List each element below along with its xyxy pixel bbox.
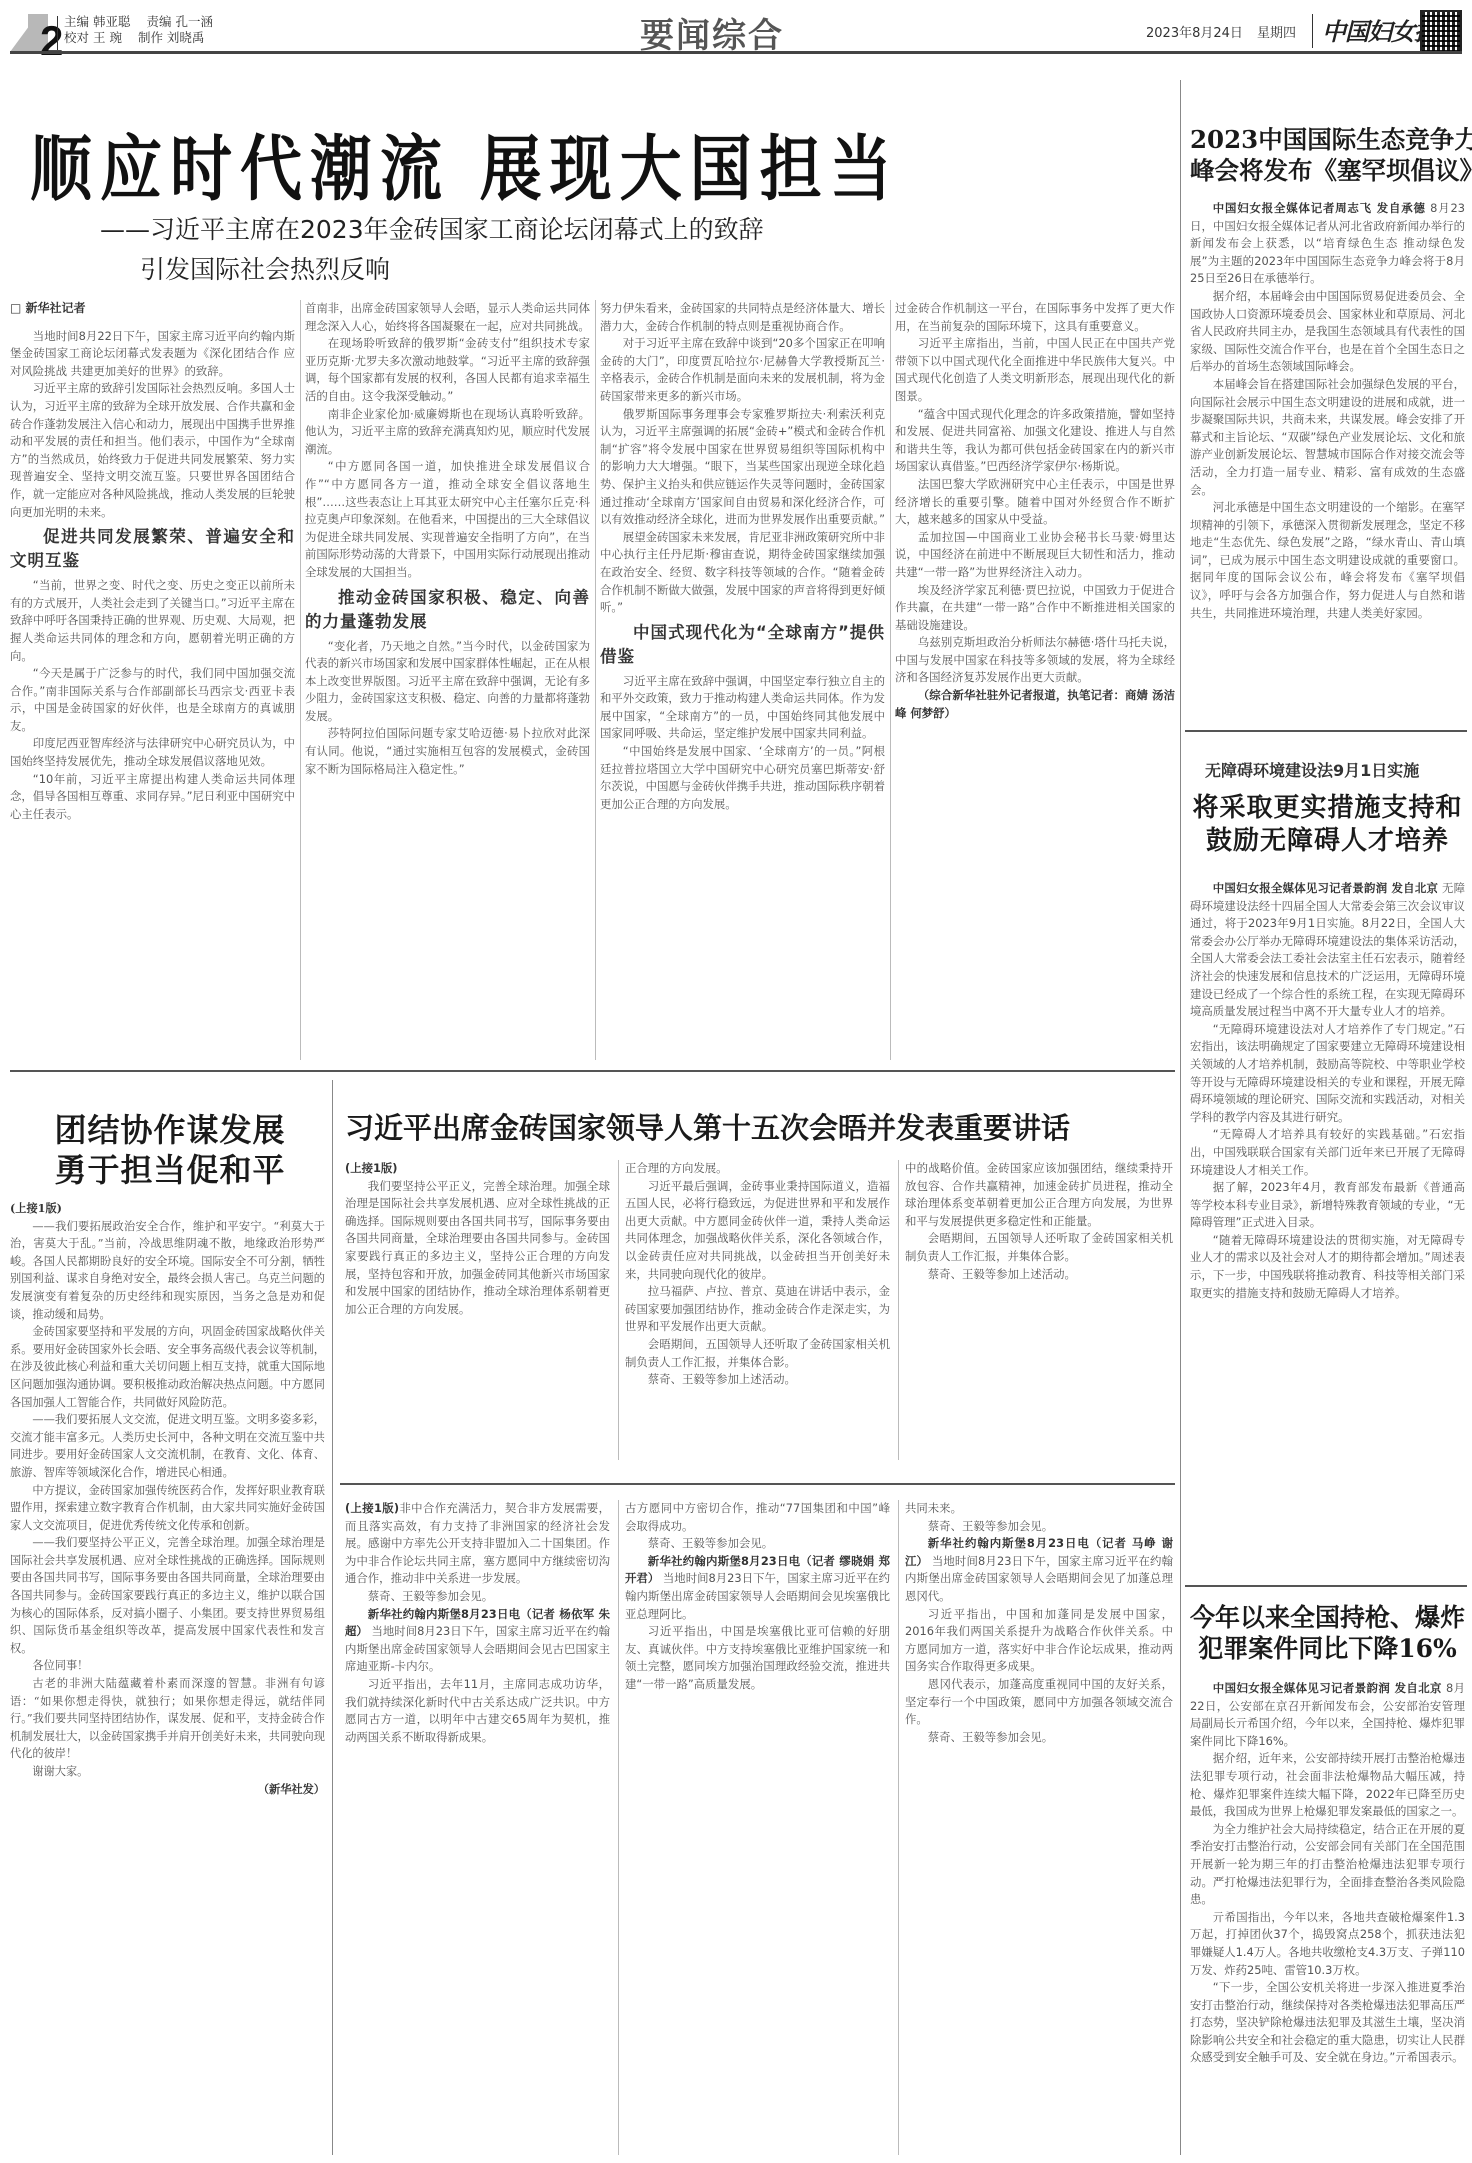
column-rule (890, 300, 891, 1060)
headline-line: 犯罪案件同比下降16% (1190, 1633, 1465, 1664)
weekday: 星期四 (1257, 26, 1296, 41)
paragraph: 蔡奇、王毅等参加会见。 (905, 1518, 1173, 1536)
paragraph: 谢谢大家。 (10, 1763, 325, 1781)
column-rule (300, 300, 301, 1060)
section-rule (1185, 730, 1467, 732)
summit-headline: 习近平出席金砖国家领导人第十五次会晤并发表重要讲话 (345, 1110, 1170, 1146)
paragraph: 会晤期间，五国领导人还听取了金砖国家相关机制负责人工作汇报，并集体合影。 (625, 1336, 890, 1371)
qr-code-icon[interactable] (1420, 10, 1462, 54)
summit-column-3: 中的战略价值。金砖国家应该加强团结，继续秉持开放包容、合作共赢精神，加速金砖扩员… (905, 1160, 1173, 1460)
paragraph: “蕴含中国式现代化理念的许多政策措施，譬如坚持和发展、促进共同富裕、加强文化建设… (895, 406, 1175, 476)
paragraph: “下一步，全国公安机关将进一步深入推进夏季治安打击整治行动，继续保持对各类枪爆违… (1190, 1979, 1465, 2067)
paragraph-text: 当地时间8月23日下午，国家主席习近平在约翰内斯堡出席金砖国家领导人会晤期间会见… (905, 1554, 1173, 1603)
column-rule (332, 1080, 333, 2155)
subheading: 中国式现代化为“全球南方”提供借鉴 (600, 621, 885, 669)
masthead: 2 主编 韩亚聪责编 孔一涵 校对 王 琬制作 刘晓禹 要闻综合 2023年8月… (0, 0, 1472, 56)
paragraph: 各位同事！ (10, 1657, 325, 1675)
paragraph: 法国巴黎大学欧洲研究中心主任表示，中国是世界经济增长的重要引擎。随着中国对外经贸… (895, 476, 1175, 529)
paragraph-text: 当地时间8月23日下午，国家主席习近平在约翰内斯堡出席金砖国家领导人会晤期间会见… (345, 1624, 610, 1673)
paragraph: 蔡奇、王毅等参加会见。 (625, 1535, 890, 1553)
paragraph: “随着无障碍环境建设法的贯彻实施，对无障碍专业人才的需求以及社会对人才的期待都会… (1190, 1232, 1465, 1302)
paragraph: 新华社约翰内斯堡8月23日电（记者 杨依军 朱超） 当地时间8月23日下午，国家… (345, 1606, 610, 1676)
byline: □ 新华社记者 (10, 300, 295, 318)
paragraph: 中的战略价值。金砖国家应该加强团结，继续秉持开放包容、合作共赢精神，加速金砖扩员… (905, 1160, 1173, 1230)
sidebar-bottom-body: 中国妇女报全媒体见习记者景韵润 发自北京 8月22日，公安部在京召开新闻发布会，… (1190, 1680, 1465, 2155)
speech-headline: 团结协作谋发展 勇于担当促和平 (20, 1110, 320, 1190)
paragraph: 古老的非洲大陆蕴藏着朴素而深邃的智慧。非洲有句谚语：“如果你想走得快，就独行；如… (10, 1675, 325, 1763)
column-rule (898, 1160, 899, 1460)
paragraph: 过金砖合作机制这一平台，在国际事务中发挥了更大作用，在当前复杂的国际环境下，这具… (895, 300, 1175, 335)
paragraph: 习近平主席指出，当前，中国人民正在中国共产党带领下以中国式现代化全面推进中华民族… (895, 335, 1175, 405)
paragraph: “无障碍人才培养具有较好的实践基础。”石宏指出，中国残联联合国家有关部门近年来已… (1190, 1126, 1465, 1179)
paragraph: 首南非，出席金砖国家领导人会晤，显示人类命运共同体理念深入人心，始终将各国凝聚在… (305, 300, 590, 335)
lead-headline: 顺应时代潮流 展现大国担当 (30, 112, 900, 214)
paragraph: 恩冈代表示，加蓬高度重视同中国的友好关系，坚定奉行一个中国政策，愿同中方加强各领… (905, 1676, 1173, 1729)
lead-subheadline-2: 引发国际社会热烈反响 (140, 250, 390, 286)
lead-credit: 中国妇女报全媒体见习记者景韵润 发自北京 (1213, 881, 1438, 895)
lead-story-column-3: 努力伊朱看来，金砖国家的共同特点是经济体量大、增长潜力大，金砖合作机制的特点则是… (600, 300, 885, 1060)
paragraph: 金砖国家要坚持和平发展的方向，巩固金砖国家战略伙伴关系。要用好金砖国家外长会晤、… (10, 1323, 325, 1411)
source-credit: （新华社发） (10, 1781, 325, 1799)
paragraph: 习近平主席的致辞引发国际社会热烈反响。多国人士认为，习近平主席的致辞为全球开放发… (10, 380, 295, 521)
lead-subheadline: ——习近平主席在2023年金砖国家工商论坛闭幕式上的致辞 (100, 210, 764, 246)
paragraph: 印度尼西亚智库经济与法律研究中心研究员认为，中国始终坚持发展优先，推动全球发展倡… (10, 735, 295, 770)
paragraph: 蔡奇、王毅等参加会见。 (345, 1588, 610, 1606)
credit-note: （综合新华社驻外记者报道，执笔记者：商婧 汤洁峰 何梦舒） (895, 687, 1175, 722)
meetings-column-1: (上接1版)非中合作充满活力，契合非方发展需要，而且落实高效，有力支持了非洲国家… (345, 1500, 610, 2155)
section-rule (340, 1483, 1175, 1485)
section-rule (10, 1070, 1175, 1072)
meetings-column-3: 共同未来。 蔡奇、王毅等参加会见。 新华社约翰内斯堡8月23日电（记者 马峥 谢… (905, 1500, 1173, 2155)
paragraph: “中国始终是发展中国家、‘全球南方’的一员。”阿根廷拉普拉塔国立大学中国研究中心… (600, 743, 885, 813)
continued-note: (上接1版) (10, 1200, 325, 1218)
paragraph: 据介绍，近年来，公安部持续开展打击整治枪爆违法犯罪专项行动，社会面非法枪爆物品大… (1190, 1750, 1465, 1820)
divider (57, 16, 58, 50)
paragraph: 共同未来。 (905, 1500, 1173, 1518)
paragraph: 据了解，2023年4月，教育部发布最新《普通高等学校本科专业目录》，新增特殊教育… (1190, 1179, 1465, 1232)
editor-credits: 主编 韩亚聪责编 孔一涵 校对 王 琬制作 刘晓禹 (64, 14, 229, 46)
sidebar-top-headline: 2023中国国际生态竞争力 峰会将发布《塞罕坝倡议》 (1190, 125, 1465, 186)
date: 2023年8月24日 (1146, 26, 1243, 41)
section-rule (1185, 1585, 1467, 1587)
paragraph-text: 当地时间8月23日下午，国家主席习近平在约翰内斯堡出席金砖国家领导人会晤期间会见… (625, 1571, 890, 1620)
issue-date: 2023年8月24日 星期四 (1146, 22, 1306, 41)
sidebar-top-body: 中国妇女报全媒体记者周志飞 发自承德 8月23日，中国妇女报全媒体记者从河北省政… (1190, 200, 1465, 715)
meetings-column-2: 古方愿同中方密切合作，推动“77国集团和中国”峰会取得成功。 蔡奇、王毅等参加会… (625, 1500, 890, 2155)
subheading: 促进共同发展繁荣、普遍安全和文明互鉴 (10, 525, 295, 573)
paragraph: 拉马福萨、卢拉、普京、莫迪在讲话中表示，金砖国家要加强团结协作，推动金砖合作走深… (625, 1283, 890, 1336)
proofreader: 校对 王 琬 (64, 30, 122, 45)
lead-credit: 中国妇女报全媒体记者周志飞 发自承德 (1213, 201, 1426, 215)
lead-story-column-1: □ 新华社记者 当地时间8月22日下午，国家主席习近平向约翰内斯堡金砖国家工商论… (10, 300, 295, 1060)
paragraph: 乌兹别克斯坦政治分析师法尔赫德·塔什马托夫说，中国与发展中国家在科技等多领域的发… (895, 634, 1175, 687)
paragraph: 对于习近平主席在致辞中谈到“20多个国家正在叩响金砖的大门”，印度贾瓦哈拉尔·尼… (600, 335, 885, 405)
headline-line: 团结协作谋发展 (20, 1110, 320, 1150)
page-number-badge: 2 (10, 14, 70, 52)
paragraph: (上接1版)非中合作充满活力，契合非方发展需要，而且落实高效，有力支持了非洲国家… (345, 1500, 610, 1588)
paragraph: 中方提议，金砖国家加强传统医药合作，发挥好职业教育联盟作用，探索建立数字教育合作… (10, 1482, 325, 1535)
paragraph: 古方愿同中方密切合作，推动“77国集团和中国”峰会取得成功。 (625, 1500, 890, 1535)
column-rule (595, 300, 596, 1060)
paragraph: “10年前，习近平主席提出构建人类命运共同体理念，倡导各国相互尊重、求同存异。”… (10, 771, 295, 824)
summit-column-2: 正合理的方向发展。 习近平最后强调，金砖事业秉持国际道义，造福五国人民，必将行稳… (625, 1160, 890, 1460)
paragraph: “中方愿同各国一道，加快推进全球发展倡议合作”“中方愿同各方一道，推动全球安全倡… (305, 458, 590, 581)
section-title: 要闻综合 (640, 8, 784, 57)
sidebar-mid-body: 中国妇女报全媒体见习记者景韵润 发自北京 无障碍环境建设法经十四届全国人大常委会… (1190, 880, 1465, 1570)
lead-credit: 中国妇女报全媒体见习记者景韵润 发自北京 (1213, 1681, 1442, 1695)
paragraph: 中国妇女报全媒体记者周志飞 发自承德 8月23日，中国妇女报全媒体记者从河北省政… (1190, 200, 1465, 288)
headline-line: 将采取更实措施支持和 (1190, 792, 1465, 825)
headline-line: 2023中国国际生态竞争力 (1190, 125, 1465, 156)
paragraph-text: 无障碍环境建设法经十四届全国人大常委会第三次会议审议通过，将于2023年9月1日… (1190, 881, 1465, 1018)
headline-line: 鼓励无障碍人才培养 (1190, 825, 1465, 858)
paragraph: ——我们要坚持公平正义，完善全球治理。加强全球治理是国际社会共享发展机遇、应对全… (10, 1534, 325, 1657)
column-rule (618, 1500, 619, 2155)
paragraph: ——我们要拓展人文交流，促进文明互鉴。文明多姿多彩，交流才能丰富多元。人类历史长… (10, 1411, 325, 1481)
paragraph: 孟加拉国—中国商业工业协会秘书长马蒙·姆里达说，中国经济在前进中不断展现巨大韧性… (895, 529, 1175, 582)
paragraph: 莎特阿拉伯国际问题专家艾哈迈德·易卜拉欣对此深有认同。他说，“通过实施相互包容的… (305, 725, 590, 778)
paragraph: 中国妇女报全媒体见习记者景韵润 发自北京 8月22日，公安部在京召开新闻发布会，… (1190, 1680, 1465, 1750)
paragraph: 埃及经济学家瓦利德·贾巴拉说，中国致力于促进合作共赢，在共建“一带一路”合作中不… (895, 582, 1175, 635)
paragraph: 习近平主席在致辞中强调，中国坚定奉行独立自主的和平外交政策，致力于推动构建人类命… (600, 673, 885, 743)
sidebar-mid-headline: 将采取更实措施支持和 鼓励无障碍人才培养 (1190, 792, 1465, 857)
sidebar-mid-kicker: 无障碍环境建设法9月1日实施 (1205, 758, 1419, 781)
paragraph: 展望金砖国家未来发展，肯尼亚非洲政策研究所中非中心执行主任丹尼斯·穆宙查说，期待… (600, 529, 885, 617)
paragraph: 努力伊朱看来，金砖国家的共同特点是经济体量大、增长潜力大，金砖合作机制的特点则是… (600, 300, 885, 335)
masthead-rule (10, 51, 1462, 54)
paragraph: 南非企业家伦加·威廉姆斯也在现场认真聆听致辞。他认为，习近平主席的致辞充满真知灼… (305, 406, 590, 459)
paragraph: “无障碍环境建设法对人才培养作了专门规定。”石宏指出，该法明确规定了国家要建立无… (1190, 1021, 1465, 1127)
paragraph: 新华社约翰内斯堡8月23日电（记者 马峥 谢江） 当地时间8月23日下午，国家主… (905, 1535, 1173, 1605)
paragraph: ——我们要拓展政治安全合作，维护和平安宁。“利莫大于治，害莫大于乱。”当前，冷战… (10, 1218, 325, 1324)
paragraph: 我们要坚持公平正义，完善全球治理。加强全球治理是国际社会共享发展机遇、应对全球性… (345, 1178, 610, 1319)
paragraph: 蔡奇、王毅等参加上述活动。 (905, 1266, 1173, 1284)
paragraph: 为全力维护社会大局持续稳定，结合正在开展的夏季治安打击整治行动，公安部会同有关部… (1190, 1821, 1465, 1909)
divider (1312, 14, 1313, 48)
sidebar-bottom-headline: 今年以来全国持枪、爆炸 犯罪案件同比下降16% (1190, 1602, 1465, 1665)
paragraph: 习近平指出，去年11月，主席同志成功访华，我们就持续深化新时代中古关系达成广泛共… (345, 1676, 610, 1746)
paragraph: “变化者，乃天地之自然。”当今时代，以金砖国家为代表的新兴市场国家和发展中国家群… (305, 638, 590, 726)
paragraph: 当地时间8月22日下午，国家主席习近平向约翰内斯堡金砖国家工商论坛闭幕式发表题为… (10, 328, 295, 381)
continued-note: (上接1版) (345, 1160, 610, 1178)
producer: 制作 刘晓禹 (138, 30, 204, 45)
paragraph: 蔡奇、王毅等参加会见。 (905, 1729, 1173, 1747)
paragraph: 中国妇女报全媒体见习记者景韵润 发自北京 无障碍环境建设法经十四届全国人大常委会… (1190, 880, 1465, 1021)
paragraph: 据介绍，本届峰会由中国国际贸易促进委员会、全国政协人口资源环境委员会、国家林业和… (1190, 288, 1465, 376)
subheading: 推动金砖国家积极、稳定、向善的力量蓬勃发展 (305, 586, 590, 634)
lead-story-column-4: 过金砖合作机制这一平台，在国际事务中发挥了更大作用，在当前复杂的国际环境下，这具… (895, 300, 1175, 1060)
paragraph: 习近平最后强调，金砖事业秉持国际道义，造福五国人民，必将行稳致远，为促进世界和平… (625, 1178, 890, 1284)
rail-rule (1180, 80, 1181, 2155)
lead-story-column-2: 首南非，出席金砖国家领导人会晤，显示人类命运共同体理念深入人心，始终将各国凝聚在… (305, 300, 590, 1060)
editor: 责编 孔一涵 (146, 14, 212, 29)
summit-column-1: (上接1版) 我们要坚持公平正义，完善全球治理。加强全球治理是国际社会共享发展机… (345, 1160, 610, 1460)
paragraph: 本届峰会旨在搭建国际社会加强绿色发展的平台，向国际社会展示中国生态文明建设的进展… (1190, 376, 1465, 499)
continued-note: (上接1版) (345, 1501, 399, 1515)
headline-line: 今年以来全国持枪、爆炸 (1190, 1602, 1465, 1633)
headline-line: 峰会将发布《塞罕坝倡议》 (1190, 156, 1465, 187)
paragraph: 河北承德是中国生态文明建设的一个缩影。在塞罕坝精神的引领下，承德深入贯彻新发展理… (1190, 499, 1465, 622)
paragraph: 习近平指出，中国是埃塞俄比亚可信赖的好朋友、真诚伙伴。中方支持埃塞俄比亚维护国家… (625, 1623, 890, 1693)
speech-body: (上接1版) ——我们要拓展政治安全合作，维护和平安宁。“利莫大于治，害莫大于乱… (10, 1200, 325, 2155)
paragraph: 习近平指出，中国和加蓬同是发展中国家，2016年我们两国关系提升为战略合作伙伴关… (905, 1606, 1173, 1676)
paragraph: “今天是属于广泛参与的时代，我们同中国加强交流合作。”南非国际关系与合作部副部长… (10, 665, 295, 735)
paragraph: 亓希国指出，今年以来，各地共查破枪爆案件1.3万起，打掉团伙37个，捣毁窝点25… (1190, 1909, 1465, 1979)
headline-line: 勇于担当促和平 (20, 1150, 320, 1190)
paragraph: 在现场聆听致辞的俄罗斯“金砖支付”组织技术专家亚历克斯·尤罗夫多次激动地鼓掌。“… (305, 335, 590, 405)
chief-editor: 主编 韩亚聪 (64, 14, 130, 29)
paragraph: 正合理的方向发展。 (625, 1160, 890, 1178)
paragraph: “当前，世界之变、时代之变、历史之变正以前所未有的方式展开，人类社会走到了关键当… (10, 577, 295, 665)
paragraph: 会晤期间，五国领导人还听取了金砖国家相关机制负责人工作汇报，并集体合影。 (905, 1230, 1173, 1265)
column-rule (898, 1500, 899, 2155)
paragraph: 俄罗斯国际事务理事会专家雅罗斯拉夫·利索沃利克认为，习近平主席强调的拓展“金砖+… (600, 406, 885, 529)
column-rule (618, 1160, 619, 1460)
page-number: 2 (40, 20, 63, 62)
paragraph: 蔡奇、王毅等参加上述活动。 (625, 1371, 890, 1389)
paragraph: 新华社约翰内斯堡8月23日电（记者 缪晓娟 郑开君） 当地时间8月23日下午，国… (625, 1553, 890, 1623)
